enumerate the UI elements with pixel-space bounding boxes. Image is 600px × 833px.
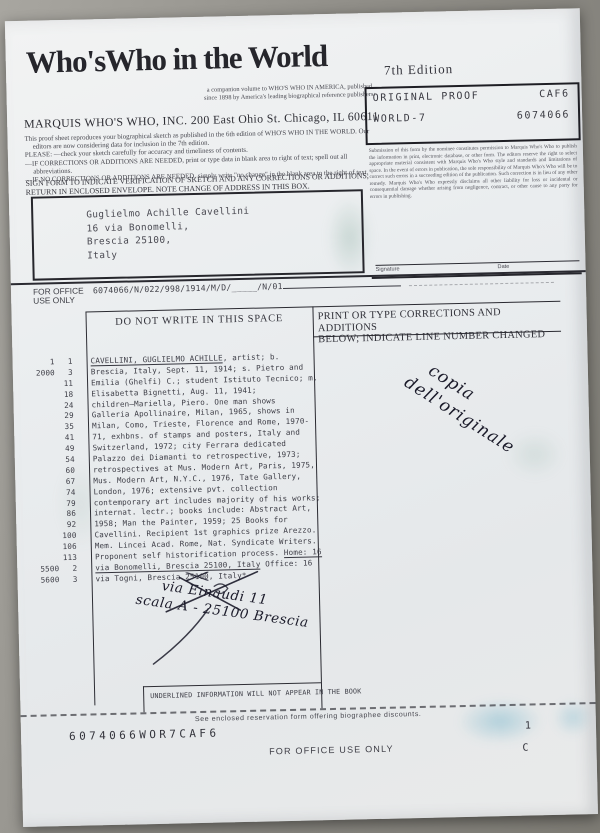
date-label: Date	[497, 264, 509, 270]
scan-background: Who'sWho in the World 7th Edition a comp…	[0, 0, 600, 833]
handwritten-address-correction: via Einaudi 11 scala A - 25100 Brescia	[135, 575, 312, 632]
handwritten-copia-note: copia dell'originale	[399, 352, 531, 459]
office-use-label: FOR OFFICE USE ONLY	[33, 287, 84, 307]
edition-label: 7th Edition	[384, 61, 453, 79]
office-use-only-footer: FOR OFFICE USE ONLY	[181, 742, 481, 759]
underlined-info-note: UNDERLINED INFORMATION WILL NOT APPEAR I…	[150, 687, 361, 700]
office-mark-1: 1	[525, 721, 531, 732]
proof-product: WORLD-7	[373, 113, 427, 125]
note-cell-left-border	[143, 686, 145, 712]
address-box: Guglielmo Achille Cavellini 16 via Bonom…	[31, 189, 365, 281]
left-column-header: DO NOT WRITE IN THIS SPACE	[86, 312, 313, 328]
publication-title: Who'sWho in the World	[25, 38, 327, 81]
office-mark-c: C	[522, 743, 528, 754]
legal-text: Submission of this form by the nominee c…	[369, 143, 578, 200]
proof-number: 6074066	[517, 109, 571, 121]
proof-code: CAF6	[539, 88, 570, 100]
note-cell-top-border	[143, 682, 321, 687]
paper-sheet: Who'sWho in the World 7th Edition a comp…	[5, 8, 598, 827]
signature-label: Signature	[376, 266, 400, 273]
original-proof-box: ORIGINAL PROOF CAF6 WORLD-7 6074066	[364, 82, 580, 145]
blank-line	[283, 278, 401, 289]
right-column-header: PRINT OR TYPE CORRECTIONS AND ADDITIONS …	[318, 306, 562, 346]
ocr-code: 6074066WOR7CAF6	[69, 727, 220, 743]
biographical-sketch: 11CAVELLINI, GUGLIELMO ACHILLE, artist; …	[12, 351, 347, 587]
